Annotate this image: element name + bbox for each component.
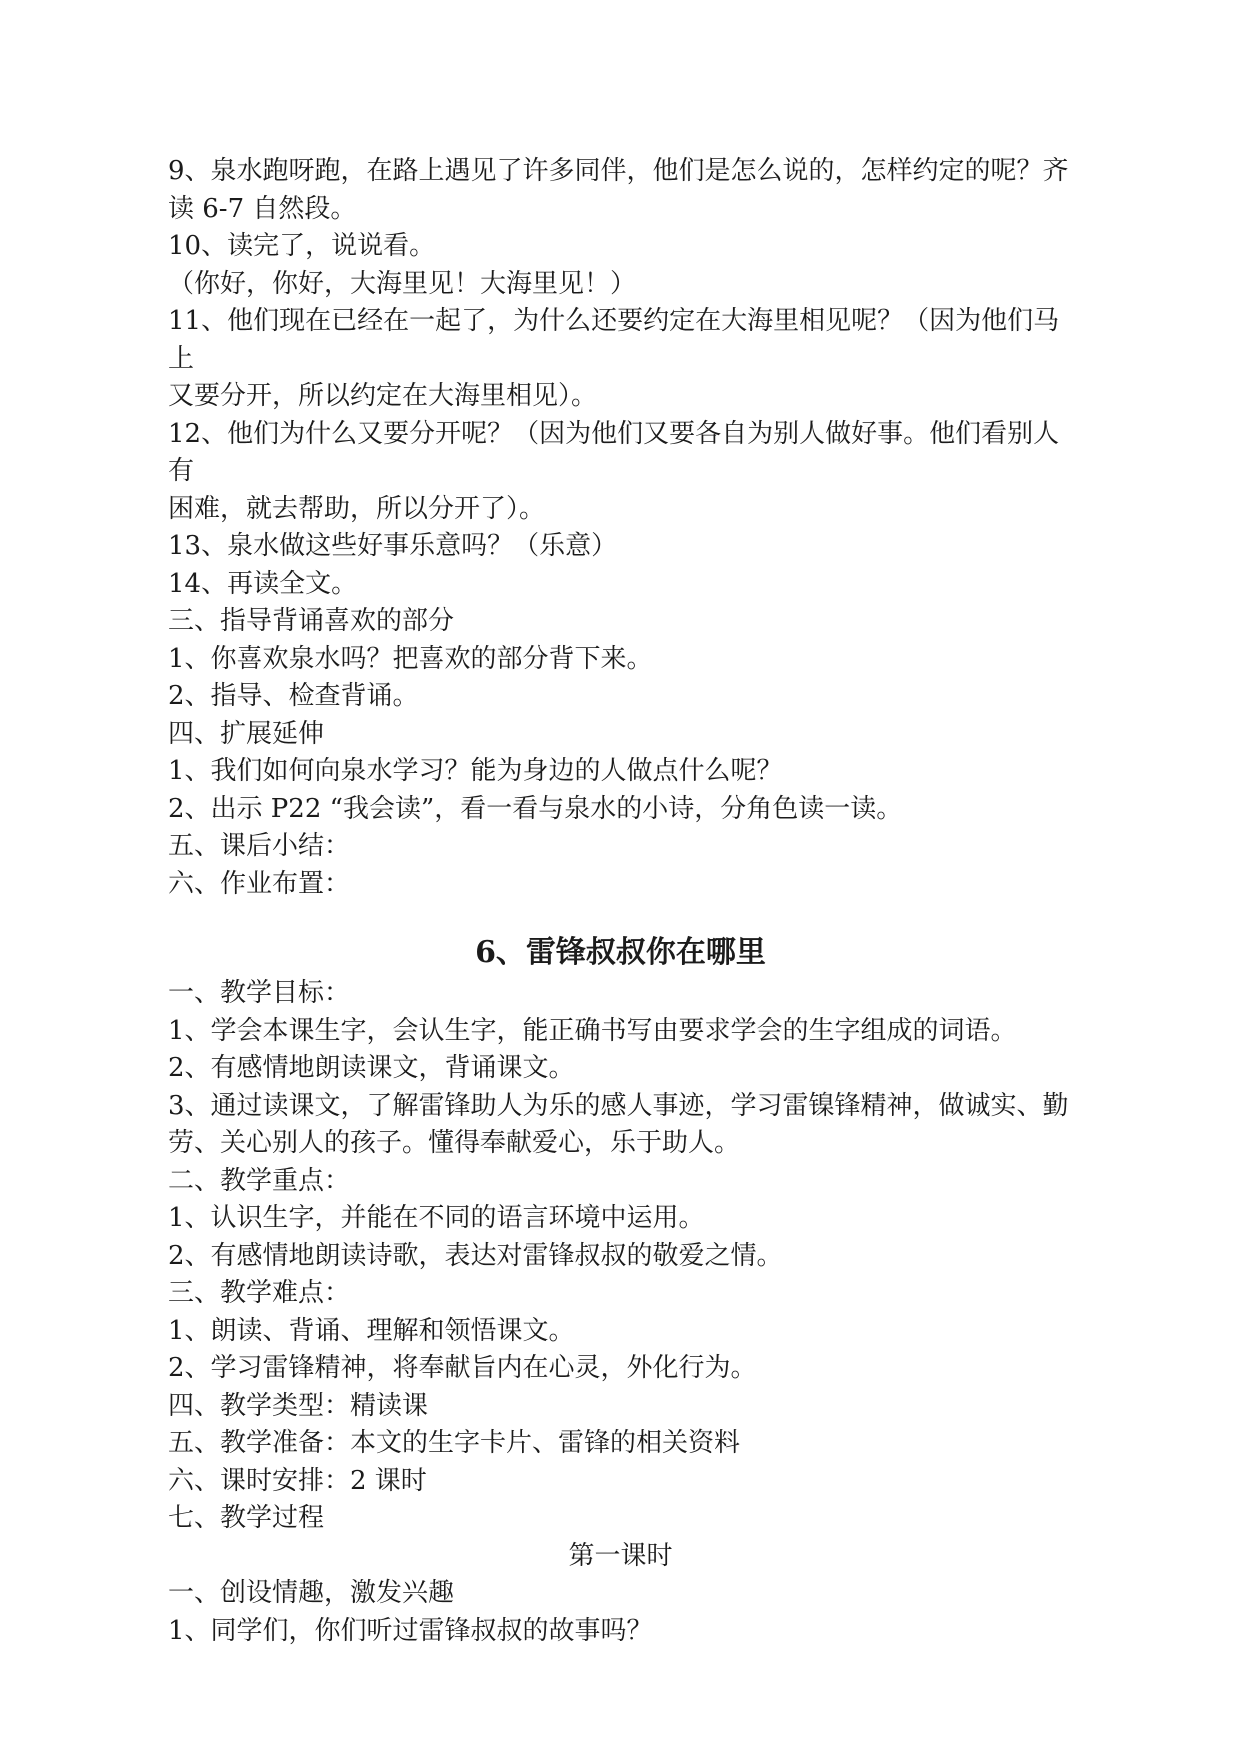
doc-line: 1、我们如何向泉水学习？能为身边的人做点什么呢？: [168, 753, 1073, 791]
doc-line: 1、同学们，你们听过雷锋叔叔的故事吗？: [168, 1613, 1073, 1651]
doc-line: 10、读完了，说说看。: [168, 228, 1073, 266]
doc-line: 二、教学重点：: [168, 1163, 1073, 1201]
doc-line: 1、你喜欢泉水吗？把喜欢的部分背下来。: [168, 641, 1073, 679]
doc-line: 1、朗读、背诵、理解和领悟课文。: [168, 1313, 1073, 1351]
document-page: 9、泉水跑呀跑，在路上遇见了许多同伴，他们是怎么说的，怎样约定的呢？齐 读 6-…: [0, 0, 1241, 1754]
doc-line: 1、认识生字，并能在不同的语言环境中运用。: [168, 1200, 1073, 1238]
doc-line: 2、出示 P22 “我会读”，看一看与泉水的小诗，分角色读一读。: [168, 791, 1073, 829]
doc-line: 一、创设情趣，激发兴趣: [168, 1575, 1073, 1613]
doc-line: 11、他们现在已经在一起了，为什么还要约定在大海里相见呢？（因为他们马上: [168, 303, 1073, 378]
doc-line: 四、教学类型：精读课: [168, 1388, 1073, 1426]
doc-line: 12、他们为什么又要分开呢？（因为他们又要各自为别人做好事。他们看别人有: [168, 416, 1073, 491]
doc-line: 9、泉水跑呀跑，在路上遇见了许多同伴，他们是怎么说的，怎样约定的呢？齐: [168, 153, 1073, 191]
doc-line: 13、泉水做这些好事乐意吗？（乐意）: [168, 528, 1073, 566]
doc-line: 2、学习雷锋精神，将奉献旨内在心灵，外化行为。: [168, 1350, 1073, 1388]
doc-line: 七、教学过程: [168, 1500, 1073, 1538]
doc-line: （你好，你好，大海里见！大海里见！）: [168, 266, 1073, 304]
doc-line: 1、学会本课生字，会认生字，能正确书写由要求学会的生字组成的词语。: [168, 1013, 1073, 1051]
doc-line: 五、教学准备：本文的生字卡片、雷锋的相关资料: [168, 1425, 1073, 1463]
doc-line: 3、通过读课文，了解雷锋助人为乐的感人事迹，学习雷镍锋精神，做诚实、勤: [168, 1088, 1073, 1126]
doc-line: 劳、关心别人的孩子。懂得奉献爱心，乐于助人。: [168, 1125, 1073, 1163]
doc-line: 六、作业布置：: [168, 866, 1073, 904]
doc-line: 四、扩展延伸: [168, 716, 1073, 754]
doc-line: 2、有感情地朗读课文，背诵课文。: [168, 1050, 1073, 1088]
lesson-title: 6、雷锋叔叔你在哪里: [168, 931, 1073, 975]
doc-line: 读 6-7 自然段。: [168, 191, 1073, 229]
session-heading: 第一课时: [168, 1538, 1073, 1576]
doc-line: 三、教学难点：: [168, 1275, 1073, 1313]
doc-line: 2、指导、检查背诵。: [168, 678, 1073, 716]
doc-line: 五、课后小结：: [168, 828, 1073, 866]
doc-line: 2、有感情地朗读诗歌，表达对雷锋叔叔的敬爱之情。: [168, 1238, 1073, 1276]
doc-line: 14、再读全文。: [168, 566, 1073, 604]
doc-line: 困难，就去帮助，所以分开了）。: [168, 491, 1073, 529]
doc-line: 又要分开，所以约定在大海里相见）。: [168, 378, 1073, 416]
doc-line: 三、指导背诵喜欢的部分: [168, 603, 1073, 641]
doc-line: 一、教学目标：: [168, 975, 1073, 1013]
doc-line: 六、课时安排：2 课时: [168, 1463, 1073, 1501]
